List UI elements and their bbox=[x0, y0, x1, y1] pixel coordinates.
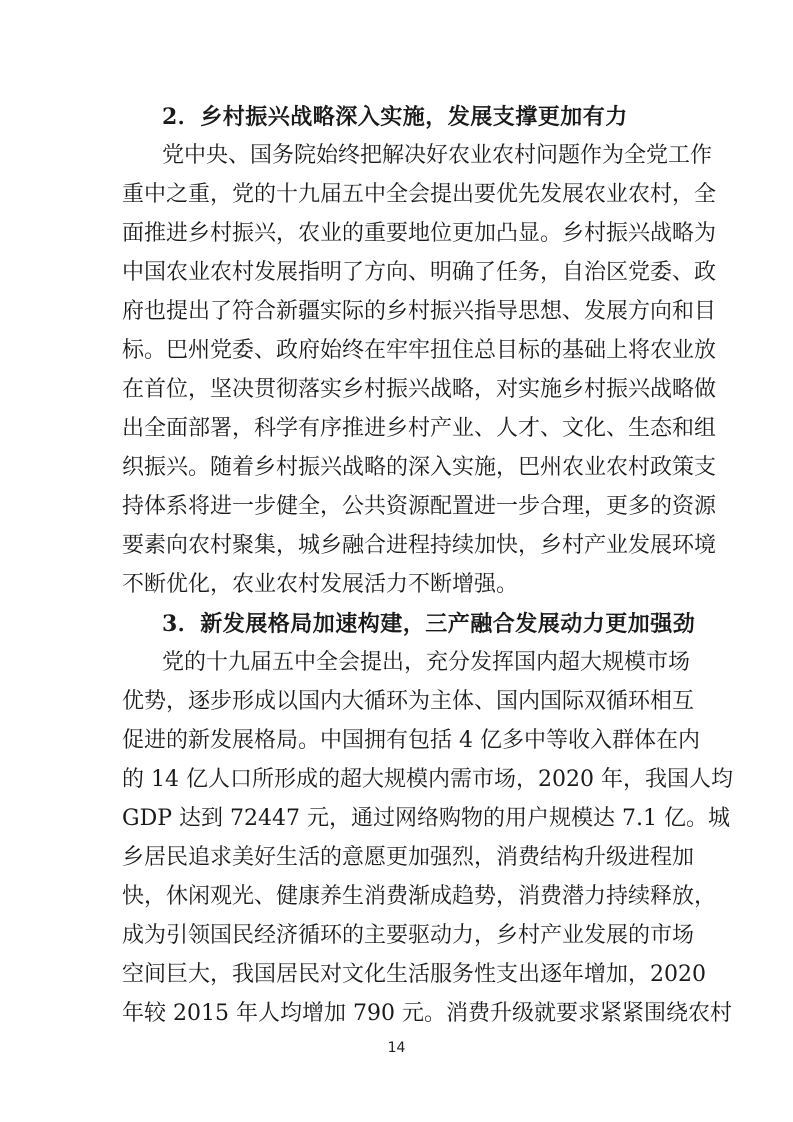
paragraph-line: 重中之重，党的十九届五中全会提出要优先发展农业农村，全 bbox=[122, 180, 674, 210]
paragraph-line: 出全面部署，科学有序推进乡村产业、人才、文化、生态和组 bbox=[122, 414, 674, 444]
section-heading-3: 3．新发展格局加速构建，三产融合发展动力更加强劲 bbox=[162, 609, 674, 639]
page-number: 14 bbox=[0, 1040, 793, 1056]
paragraph-line: 乡居民追求美好生活的意愿更加强烈，消费结构升级进程加 bbox=[122, 843, 674, 873]
paragraph-line: 府也提出了符合新疆实际的乡村振兴指导思想、发展方向和目 bbox=[122, 297, 674, 327]
paragraph-line: 党中央、国务院始终把解决好农业农村问题作为全党工作 bbox=[162, 141, 674, 171]
paragraph-line: 在首位，坚决贯彻落实乡村振兴战略，对实施乡村振兴战略做 bbox=[122, 375, 674, 405]
paragraph-line: 年较 2015 年人均增加 790 元。消费升级就要求紧紧围绕农村 bbox=[122, 999, 674, 1029]
paragraph-line: 快，休闲观光、健康养生消费渐成趋势，消费潜力持续释放， bbox=[122, 882, 674, 912]
paragraph-line: 持体系将进一步健全，公共资源配置进一步合理，更多的资源 bbox=[122, 492, 674, 522]
paragraph-line: 空间巨大，我国居民对文化生活服务性支出逐年增加，2020 bbox=[122, 960, 674, 990]
paragraph-line: GDP 达到 72447 元，通过网络购物的用户规模达 7.1 亿。城 bbox=[122, 804, 674, 834]
paragraph-line: 党的十九届五中全会提出，充分发挥国内超大规模市场 bbox=[162, 648, 674, 678]
paragraph-line: 面推进乡村振兴，农业的重要地位更加凸显。乡村振兴战略为 bbox=[122, 219, 674, 249]
document-page: 2．乡村振兴战略深入实施，发展支撑更加有力 党中央、国务院始终把解决好农业农村问… bbox=[0, 0, 793, 1122]
paragraph-line: 织振兴。随着乡村振兴战略的深入实施，巴州农业农村政策支 bbox=[122, 453, 674, 483]
paragraph-line: 的 14 亿人口所形成的超大规模内需市场，2020 年，我国人均 bbox=[122, 765, 674, 795]
paragraph-line: 不断优化，农业农村发展活力不断增强。 bbox=[122, 570, 674, 600]
paragraph-line: 优势，逐步形成以国内大循环为主体、国内国际双循环相互 bbox=[122, 687, 674, 717]
paragraph-line: 成为引领国民经济循环的主要驱动力，乡村产业发展的市场 bbox=[122, 921, 674, 951]
section-heading-2: 2．乡村振兴战略深入实施，发展支撑更加有力 bbox=[162, 102, 674, 132]
paragraph-line: 促进的新发展格局。中国拥有包括 4 亿多中等收入群体在内 bbox=[122, 726, 674, 756]
paragraph-line: 要素向农村聚集，城乡融合进程持续加快，乡村产业发展环境 bbox=[122, 531, 674, 561]
paragraph-line: 标。巴州党委、政府始终在牢牢扭住总目标的基础上将农业放 bbox=[122, 336, 674, 366]
paragraph-line: 中国农业农村发展指明了方向、明确了任务，自治区党委、政 bbox=[122, 258, 674, 288]
